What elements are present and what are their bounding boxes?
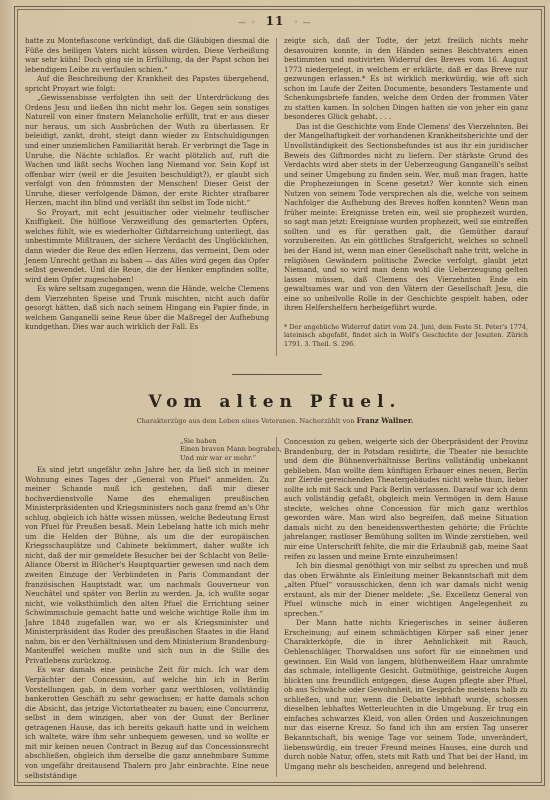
subtitle-text: Charakterzüge aus dem Leben eines Vetera… xyxy=(137,417,355,425)
top-article-right-column: zeigte sich, daß der Todte, der jetzt fr… xyxy=(284,36,528,349)
article-subtitle: Charakterzüge aus dem Leben eines Vetera… xyxy=(0,416,550,425)
paragraph: hatte zu Montefiascone verkündigt, daß d… xyxy=(25,36,269,74)
ornament-left-icon: — ◦ xyxy=(238,18,256,27)
article-separator-rule xyxy=(232,374,322,375)
newspaper-page: — ◦ 11 ◦ — hatte zu Montefiascone verkün… xyxy=(0,0,550,800)
paragraph: zeigte sich, daß der Todte, der jetzt fr… xyxy=(284,36,528,122)
paragraph: Der Mann hatte nichts Kriegerisches in s… xyxy=(284,618,528,771)
paragraph: Es wäre seltsam zugegangen, wenn die Hän… xyxy=(25,284,269,332)
paragraph: „Gewissensbisse verfolgten ihn seit der … xyxy=(25,93,269,208)
footnote: * Der angebliche Widerruf datirt vom 24.… xyxy=(284,323,528,349)
author-name: Franz Wallner. xyxy=(357,416,414,425)
paragraph: So Proyart, mit echt jesuitischer oder v… xyxy=(25,208,269,284)
page-number-header: — ◦ 11 ◦ — xyxy=(0,14,550,28)
epigraph: „Sie haben Einen braven Mann begraben, U… xyxy=(180,437,300,462)
ornament-right-icon: ◦ — xyxy=(294,18,312,27)
paragraph: Concession zu geben, weigerte sich der O… xyxy=(284,437,528,561)
paragraph: Ich bin diesmal genöthigt von mir selbst… xyxy=(284,561,528,618)
paragraph: Das ist die Geschichte vom Ende Clemens'… xyxy=(284,122,528,313)
epigraph-line: Einen braven Mann begraben, xyxy=(180,445,300,453)
paragraph: Auf die Beschreibung der Krankheit des P… xyxy=(25,74,269,93)
epigraph-line: „Sie haben xyxy=(180,437,300,445)
top-article-left-column: hatte zu Montefiascone verkündigt, daß d… xyxy=(25,36,269,332)
column-divider xyxy=(276,437,277,777)
column-divider xyxy=(276,38,277,356)
bottom-article-right-column: Concession zu geben, weigerte sich der O… xyxy=(284,437,528,771)
bottom-article-left-column: Es sind jetzt ungefähr zehn Jahre her, d… xyxy=(25,465,269,780)
epigraph-line: Und mir war er mehr.“ xyxy=(180,454,300,462)
page-number: 11 xyxy=(266,14,285,28)
paragraph: Es sind jetzt ungefähr zehn Jahre her, d… xyxy=(25,465,269,665)
paragraph: Es war damals eine peinliche Zeit für mi… xyxy=(25,665,269,780)
article-title: Vom alten Pfuel. xyxy=(0,392,550,412)
